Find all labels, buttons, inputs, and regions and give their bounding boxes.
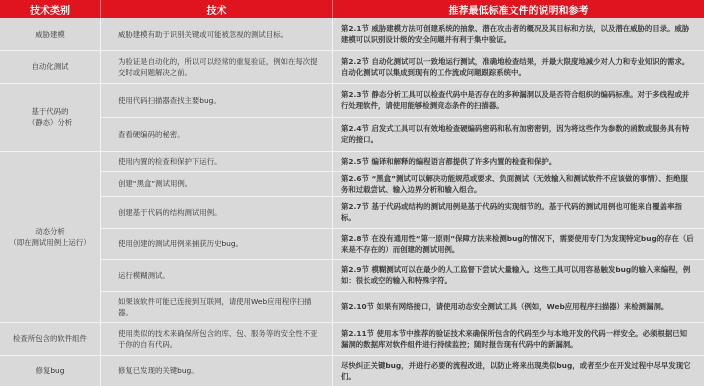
- reference-cell: 第2.8节 在没有通用性“第一原则”保障方法来检测bug的情况下，需要使用专门为…: [333, 228, 704, 259]
- technique-cell: 如果该软件可能已连接到互联网，请使用Web应用程序扫描器。: [101, 291, 333, 322]
- technique-cell: 使用类似的技术来确保所包含的库、包、服务等的安全性不亚于你的自有代码。: [101, 322, 333, 355]
- reference-cell: 第2.4节 启发式工具可以有效地检查硬编码密码和私有加密密钥，因为将这些作为参数…: [333, 117, 704, 151]
- technique-cell: 为验证是自动化的，所以可以经常的重复验证，例如在每次提交时或问题解决之前。: [101, 50, 333, 83]
- reference-cell: 第2.9节 模糊测试可以在最少的人工监督下尝试大量输入。这些工具可以用容易触发b…: [333, 259, 704, 291]
- subrow-divider: [101, 196, 704, 197]
- subrow-divider: [101, 171, 704, 172]
- subrow-divider: [101, 259, 704, 260]
- row-divider: [0, 355, 704, 356]
- subrow-divider: [101, 228, 704, 229]
- reference-cell: 第2.6节 “黑盒”测试可以解决功能规范或要求、负面测试（无效输入和测试软件不应…: [333, 171, 704, 196]
- technique-cell: 使用代码扫描器查找主要bug。: [101, 83, 333, 117]
- table-header: 技术类别 技术 推荐最低标准文件的说明和参考: [0, 0, 704, 18]
- header-technique-category: 技术类别: [0, 0, 101, 18]
- category-cell: 自动化测试: [0, 50, 101, 83]
- row-divider: [0, 83, 704, 84]
- technique-cell: 威胁建模有助于识别关键或可能被忽视的测试目标。: [101, 18, 333, 50]
- reference-cell: 第2.1节 威胁建模方法可创建系统的抽象、潜在攻击者的概况及其目标和方法，以及潜…: [333, 18, 704, 50]
- row-divider: [0, 322, 704, 323]
- reference-cell: 第2.10节 如果有网络接口，请使用动态安全测试工具（例如，Web应用程序扫描器…: [333, 291, 704, 322]
- reference-cell: 第2.11节 使用本节中推荐的验证技术来确保所包含的代码至少与本地开发的代码一样…: [333, 322, 704, 355]
- header-technique: 技术: [101, 0, 333, 18]
- category-cell: 基于代码的 （静态）分析: [0, 83, 101, 151]
- subrow-divider: [101, 291, 704, 292]
- technique-cell: 修复已发现的关键bug。: [101, 355, 333, 386]
- reference-cell: 尽快纠正关键bug，并进行必要的流程改进，以防止将来出现类似bug，或者至少在开…: [333, 355, 704, 386]
- category-cell: 动态分析 （即在测试用例上运行）: [0, 151, 101, 322]
- technique-cell: 创建基于代码的结构测试用例。: [101, 196, 333, 228]
- row-divider: [0, 50, 704, 51]
- row-divider: [0, 151, 704, 152]
- category-cell: 修复bug: [0, 355, 101, 386]
- standards-table: 技术类别 技术 推荐最低标准文件的说明和参考 威胁建模 自动化测试 基于代码的 …: [0, 0, 704, 386]
- reference-cell: 第2.7节 基于代码或结构的测试用例是基于代码的实现细节的。基于代码的测试用例也…: [333, 196, 704, 228]
- category-cell: 检查所包含的软件组件: [0, 322, 101, 355]
- header-reference: 推荐最低标准文件的说明和参考: [333, 0, 704, 18]
- technique-cell: 创建“黑盒”测试用例。: [101, 171, 333, 196]
- subrow-divider: [101, 117, 704, 118]
- reference-cell: 第2.2节 自动化测试可以一致地运行测试，准确地检查结果，并最大限度地减少对人力…: [333, 50, 704, 83]
- category-cell: 威胁建模: [0, 18, 101, 50]
- technique-cell: 使用创建的测试用例来捕获历史bug。: [101, 228, 333, 259]
- reference-cell: 第2.3节 静态分析工具可以检查代码中是否存在的多种漏洞以及是否符合组织的编码标…: [333, 83, 704, 117]
- technique-cell: 运行模糊测试。: [101, 259, 333, 291]
- reference-cell: 第2.5节 编译和解释的编程语言都提供了许多内置的检查和保护。: [333, 151, 704, 171]
- technique-cell: 使用内置的检查和保护下运行。: [101, 151, 333, 171]
- technique-cell: 查看硬编码的秘密。: [101, 117, 333, 151]
